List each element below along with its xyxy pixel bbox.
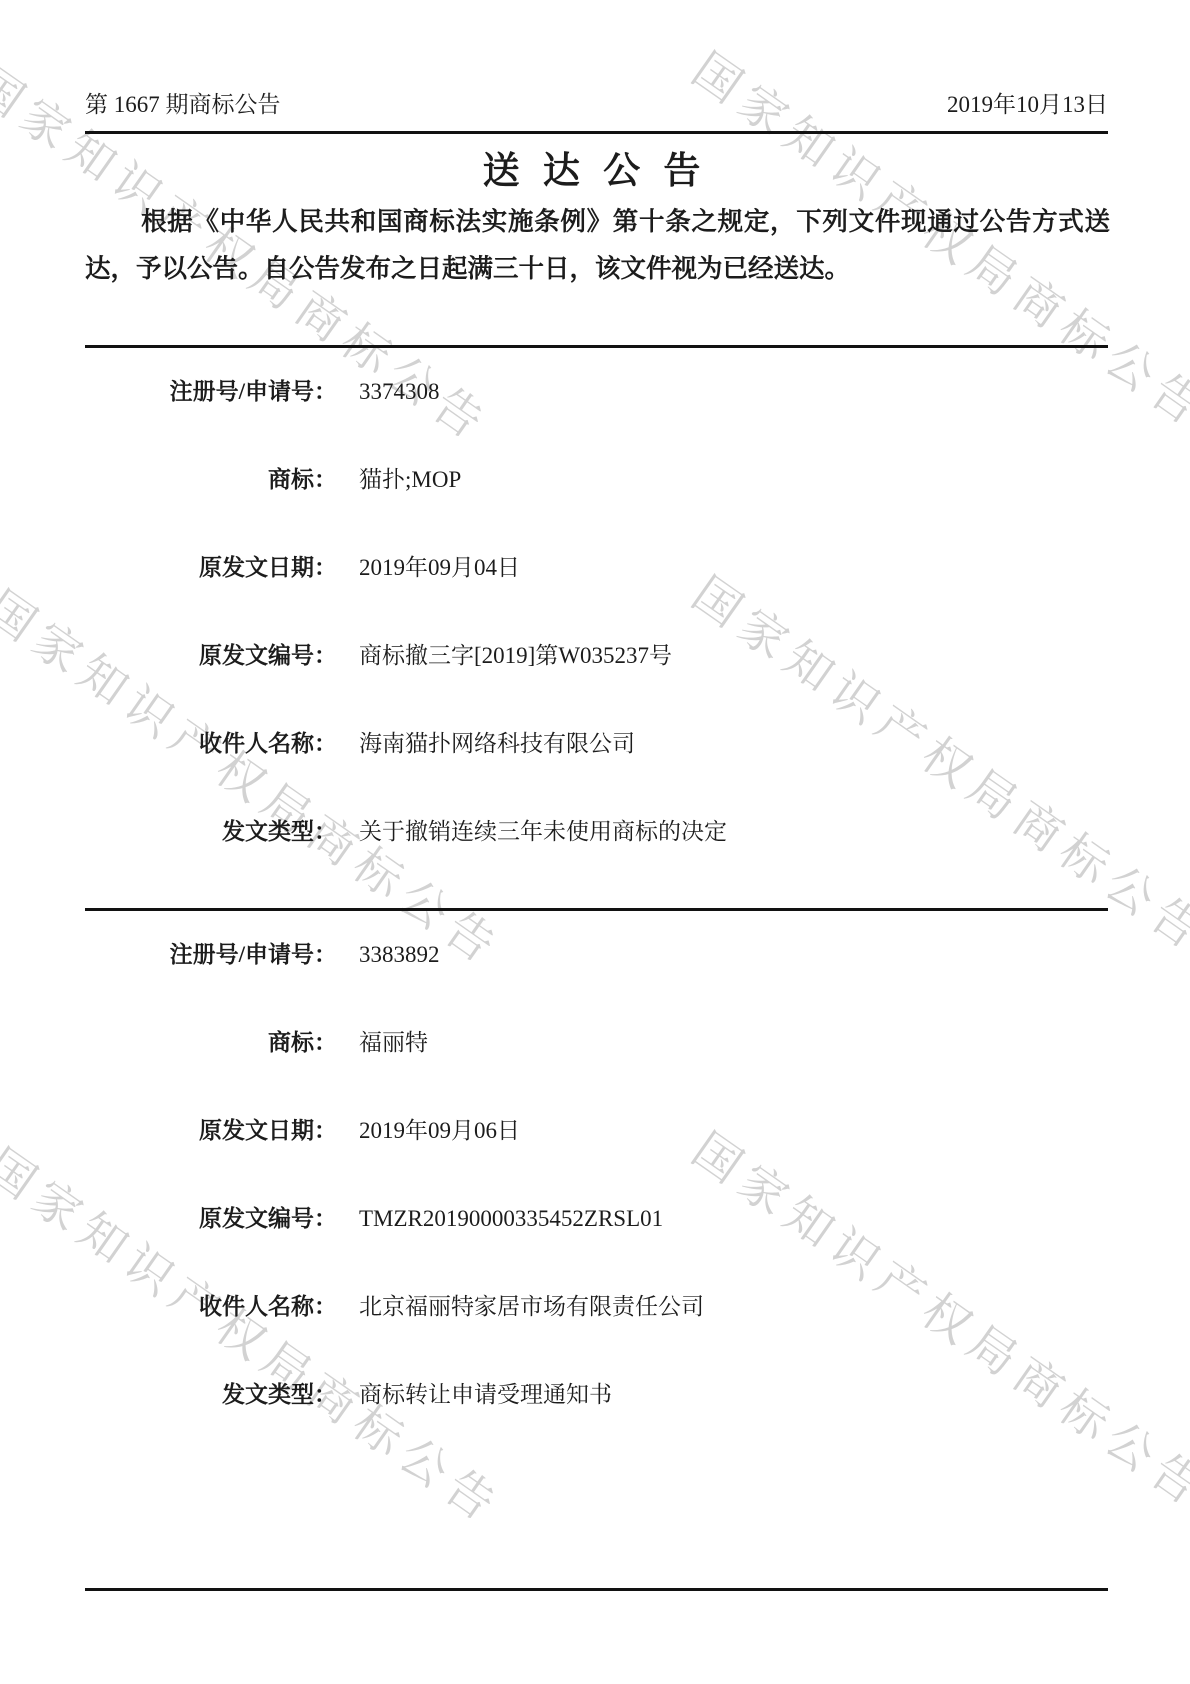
intro-paragraph: 根据《中华人民共和国商标法实施条例》第十条之规定，下列文件现通过公告方式送达，予… (85, 198, 1110, 292)
field-value: 北京福丽特家居市场有限责任公司 (359, 1291, 704, 1322)
field-label: 收件人名称： (85, 728, 337, 759)
field-label: 原发文日期： (85, 552, 337, 583)
field-row: 发文类型： 商标转让申请受理通知书 (85, 1379, 1108, 1410)
field-value: 福丽特 (359, 1027, 428, 1058)
field-value: 2019年09月04日 (359, 552, 520, 583)
field-value: 海南猫扑网络科技有限公司 (359, 728, 635, 759)
field-label: 收件人名称： (85, 1291, 337, 1322)
field-row: 收件人名称： 海南猫扑网络科技有限公司 (85, 728, 1108, 759)
field-label: 原发文编号： (85, 640, 337, 671)
page-title: 送 达 公 告 (0, 140, 1190, 194)
header-divider (85, 131, 1108, 134)
field-row: 收件人名称： 北京福丽特家居市场有限责任公司 (85, 1291, 1108, 1322)
field-row: 原发文编号： TMZR20190000335452ZRSL01 (85, 1203, 1108, 1234)
record-section-2: 注册号/申请号： 3383892 商标： 福丽特 原发文日期： 2019年09月… (85, 908, 1108, 1467)
field-label: 原发文编号： (85, 1203, 337, 1234)
field-value: 商标撤三字[2019]第W035237号 (359, 640, 672, 671)
field-row: 原发文编号： 商标撤三字[2019]第W035237号 (85, 640, 1108, 671)
field-label: 发文类型： (85, 816, 337, 847)
page-header: 第 1667 期商标公告 2019年10月13日 (85, 86, 1108, 119)
field-label: 注册号/申请号： (85, 376, 337, 407)
field-row: 商标： 福丽特 (85, 1027, 1108, 1058)
field-label: 商标： (85, 1027, 337, 1058)
field-value: 3383892 (359, 939, 440, 970)
field-value: TMZR20190000335452ZRSL01 (359, 1203, 663, 1234)
field-row: 商标： 猫扑;MOP (85, 464, 1108, 495)
field-row: 注册号/申请号： 3374308 (85, 376, 1108, 407)
field-label: 注册号/申请号： (85, 939, 337, 970)
field-value: 商标转让申请受理通知书 (359, 1379, 612, 1410)
field-label: 商标： (85, 464, 337, 495)
field-row: 注册号/申请号： 3383892 (85, 939, 1108, 970)
field-value: 猫扑;MOP (359, 464, 461, 495)
field-value: 3374308 (359, 376, 440, 407)
field-row: 原发文日期： 2019年09月04日 (85, 552, 1108, 583)
field-row: 原发文日期： 2019年09月06日 (85, 1115, 1108, 1146)
record-section-1: 注册号/申请号： 3374308 商标： 猫扑;MOP 原发文日期： 2019年… (85, 345, 1108, 904)
gazette-date-label: 2019年10月13日 (947, 86, 1108, 119)
field-label: 原发文日期： (85, 1115, 337, 1146)
gazette-page: 国家知识产权局商标公告 国家知识产权局商标公告 国家知识产权局商标公告 国家知识… (0, 0, 1190, 1684)
field-value: 2019年09月06日 (359, 1115, 520, 1146)
footer-divider (85, 1588, 1108, 1591)
field-label: 发文类型： (85, 1379, 337, 1410)
gazette-issue-label: 第 1667 期商标公告 (85, 86, 281, 119)
field-value: 关于撤销连续三年未使用商标的决定 (359, 816, 727, 847)
field-row: 发文类型： 关于撤销连续三年未使用商标的决定 (85, 816, 1108, 847)
